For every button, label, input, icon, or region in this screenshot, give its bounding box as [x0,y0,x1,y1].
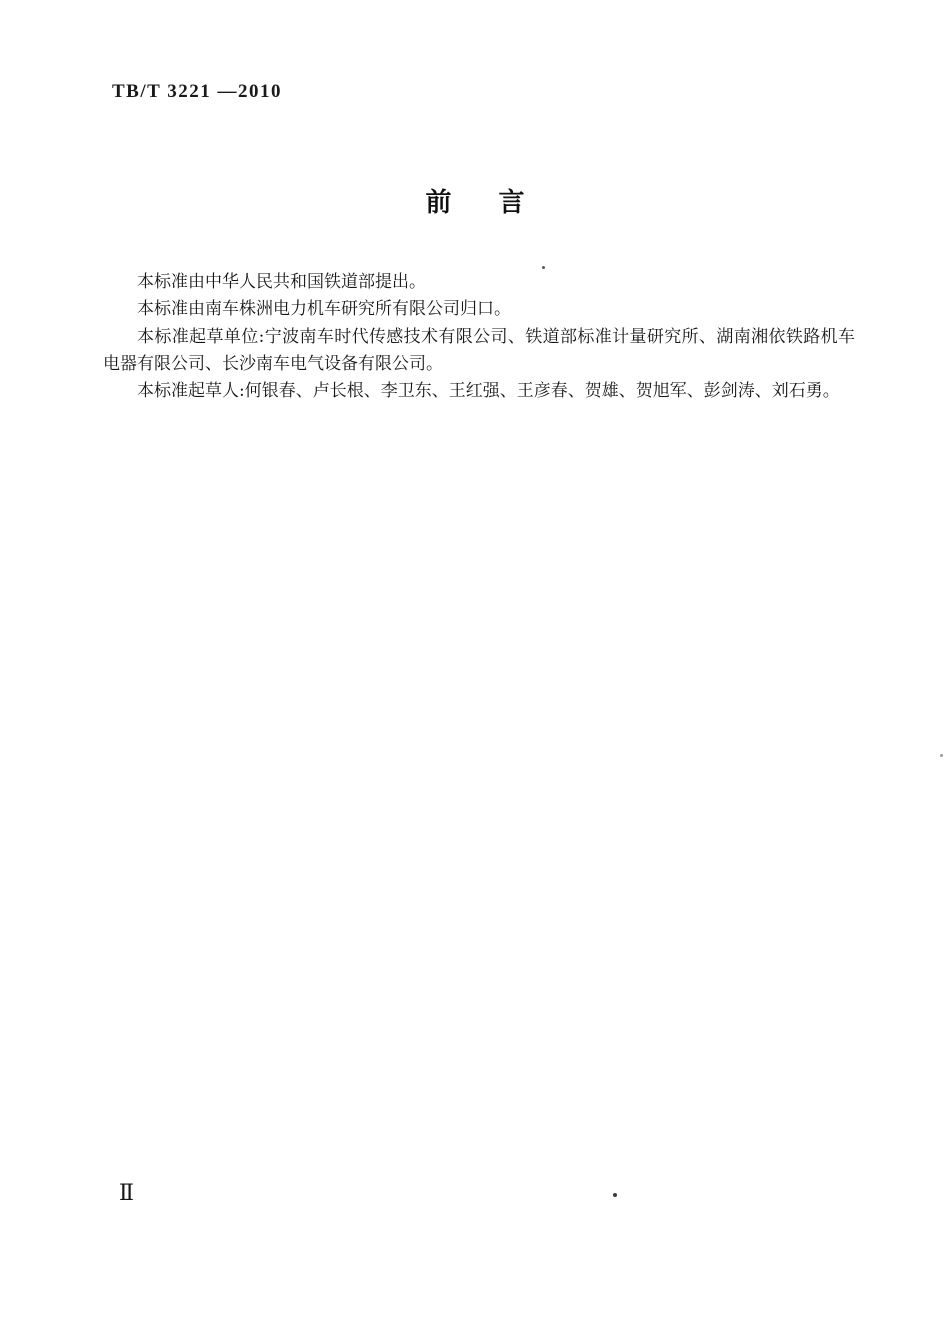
scan-artifact-dot [613,1193,617,1197]
page-number: Ⅱ [119,1180,134,1206]
paragraph-drafting-organizations: 本标准起草单位:宁波南车时代传感技术有限公司、铁道部标准计量研究所、湖南湘依铁路… [103,324,855,379]
paragraph-centralized-by: 本标准由南车株洲电力机车研究所有限公司归口。 [103,296,855,323]
page-title: 前 言 [0,182,950,219]
standard-number: TB/T 3221 —2010 [112,81,282,103]
foreword-body: 本标准由中华人民共和国铁道部提出。 本标准由南车株洲电力机车研究所有限公司归口。… [103,269,855,405]
scan-artifact-dot [940,754,943,757]
paragraph-drafters: 本标准起草人:何银春、卢长根、李卫东、王红强、王彦春、贺雄、贺旭军、彭剑涛、刘石… [103,378,855,405]
paragraph-proposed-by: 本标准由中华人民共和国铁道部提出。 [103,269,855,296]
page-title-char-1: 前 [425,182,451,219]
scanned-document-page: TB/T 3221 —2010 前 言 本标准由中华人民共和国铁道部提出。 本标… [0,0,950,1334]
scan-artifact-dot [542,266,545,269]
page-title-char-2: 言 [499,182,525,219]
